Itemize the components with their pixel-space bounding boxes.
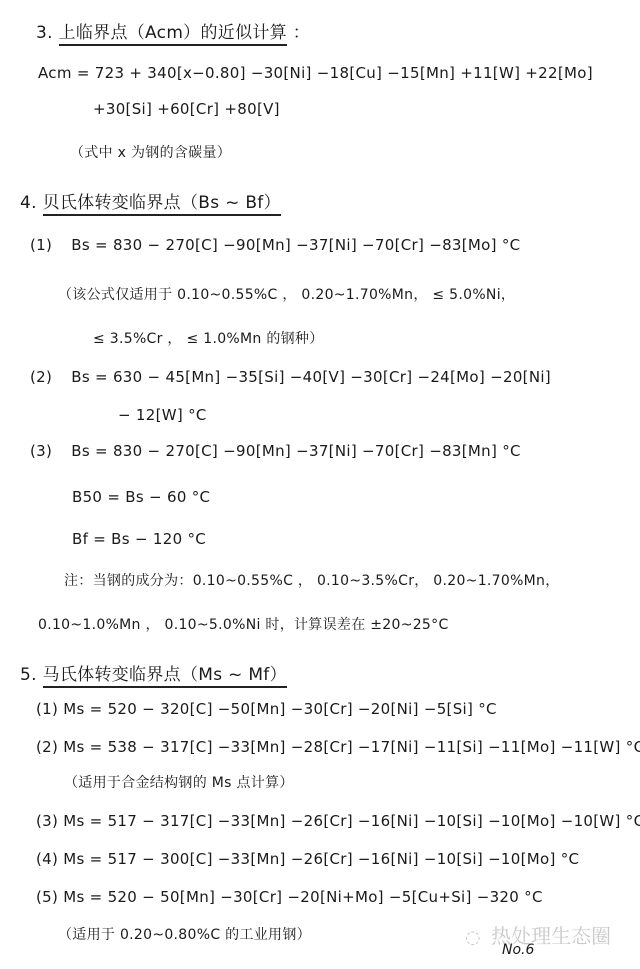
section4-heading: 4. 贝氏体转变临界点（Bs ~ Bf） xyxy=(20,188,281,213)
acm-formula-line1: Acm = 723 + 340[x−0.80] −30[Ni] −18[Cu] … xyxy=(38,64,593,82)
section3-title: 上临界点（Acm）的近似计算 xyxy=(59,23,287,46)
ms-formula-2-note: （适用于合金结构钢的 Ms 点计算） xyxy=(64,772,294,792)
page-number: No.6 xyxy=(502,942,534,958)
formula-label: (2) xyxy=(30,368,52,386)
b50-formula: B50 = Bs − 60 °C xyxy=(72,488,210,506)
formula-text: Bs = 630 − 45[Mn] −35[Si] −40[V] −30[Cr]… xyxy=(71,368,551,386)
bs-formula-1: (1) Bs = 830 − 270[C] −90[Mn] −37[Ni] −7… xyxy=(30,236,520,254)
bs-formula-1-note-line2: ≤ 3.5%Cr ， ≤ 1.0%Mn 的钢种） xyxy=(93,328,324,348)
ms-formula-5-note: （适用于 0.20~0.80%C 的工业用钢） xyxy=(58,924,311,944)
section5-heading: 5. 马氏体转变临界点（Ms ~ Mf） xyxy=(20,660,287,685)
bs-remark-line1: 注：当钢的成分为：0.10~0.55%C ， 0.10~3.5%Cr， 0.20… xyxy=(64,570,560,590)
section3-heading: 3. 上临界点（Acm）的近似计算 ： xyxy=(36,18,310,43)
ms-formula-3: (3) Ms = 517 − 317[C] −33[Mn] −26[Cr] −1… xyxy=(36,812,640,830)
watermark: ◌ 热处理生态圈 xyxy=(465,920,611,949)
formula-text: Bs = 830 − 270[C] −90[Mn] −37[Ni] −70[Cr… xyxy=(71,442,521,460)
bs-formula-1-note-line1: （该公式仅适用于 0.10~0.55%C ， 0.20~1.70%Mn， ≤ 5… xyxy=(58,284,515,304)
formula-text: Bs = 830 − 270[C] −90[Mn] −37[Ni] −70[Cr… xyxy=(71,236,520,254)
section5-title: 马氏体转变临界点（Ms ~ Mf） xyxy=(43,665,287,688)
ms-formula-2: (2) Ms = 538 − 317[C] −33[Mn] −28[Cr] −1… xyxy=(36,738,640,756)
wechat-icon: ◌ xyxy=(465,927,481,948)
section3-colon: ： xyxy=(293,23,310,43)
bs-formula-3: (3) Bs = 830 − 270[C] −90[Mn] −37[Ni] −7… xyxy=(30,442,521,460)
formula-label: (1) xyxy=(30,236,52,254)
acm-note: （式中 x 为钢的含碳量） xyxy=(70,142,231,162)
ms-formula-5: (5) Ms = 520 − 50[Mn] −30[Cr] −20[Ni+Mo]… xyxy=(36,888,543,906)
bf-formula: Bf = Bs − 120 °C xyxy=(72,530,206,548)
bs-remark-line2: 0.10~1.0%Mn ， 0.10~5.0%Ni 时，计算误差在 ±20~25… xyxy=(38,614,449,634)
section4-number: 4. xyxy=(20,193,37,213)
section4-title: 贝氏体转变临界点（Bs ~ Bf） xyxy=(43,193,281,216)
acm-formula-line2: +30[Si] +60[Cr] +80[V] xyxy=(93,100,280,118)
bs-formula-2-line2: − 12[W] °C xyxy=(118,406,207,424)
ms-formula-1: (1) Ms = 520 − 320[C] −50[Mn] −30[Cr] −2… xyxy=(36,700,497,718)
bs-formula-2-line1: (2) Bs = 630 − 45[Mn] −35[Si] −40[V] −30… xyxy=(30,368,551,386)
ms-formula-4: (4) Ms = 517 − 300[C] −33[Mn] −26[Cr] −1… xyxy=(36,850,579,868)
section5-number: 5. xyxy=(20,665,37,685)
section3-number: 3. xyxy=(36,23,53,43)
formula-label: (3) xyxy=(30,442,52,460)
